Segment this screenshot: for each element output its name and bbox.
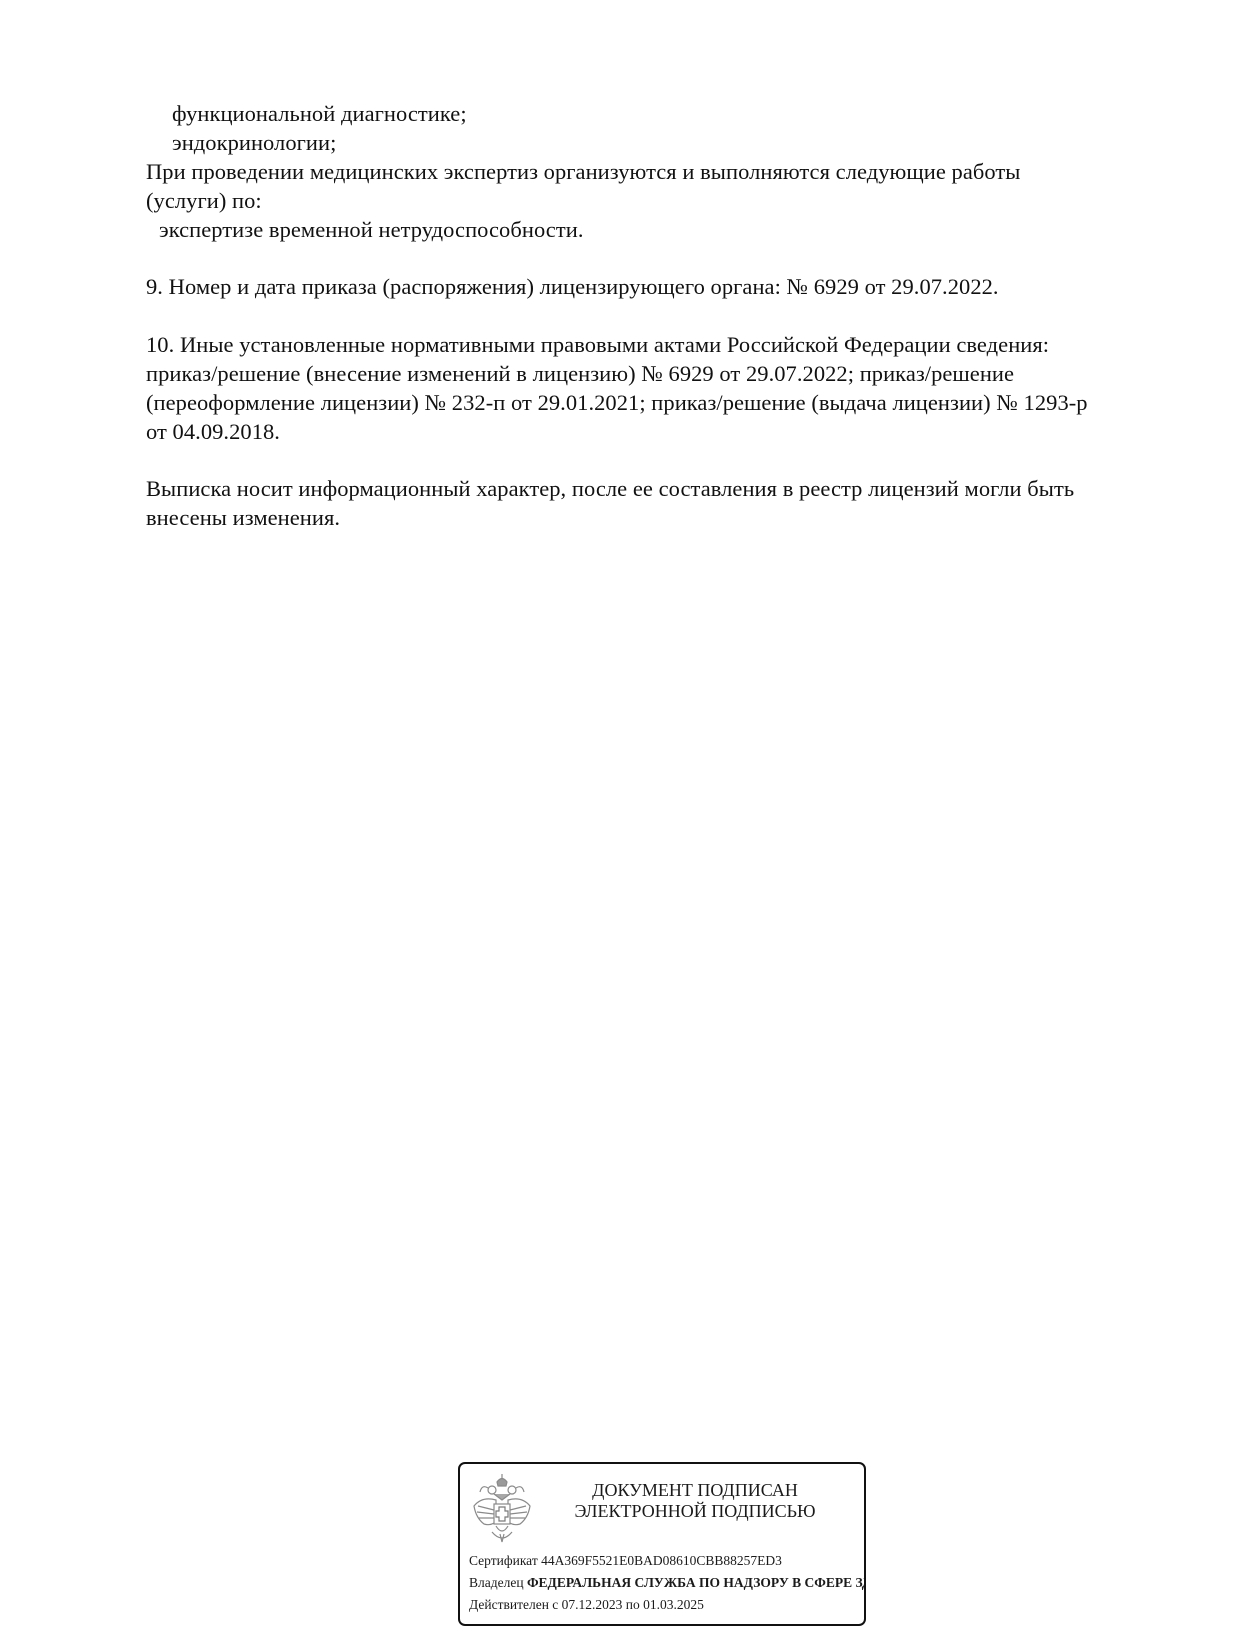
list-item-endocrinology: эндокринологии;: [172, 128, 336, 157]
document-page: функциональной диагностике; эндокринолог…: [0, 0, 1240, 1650]
certificate-row: Сертификат 44A369F5521E0BAD08610CBB88257…: [469, 1550, 866, 1572]
certificate-value: 44A369F5521E0BAD08610CBB88257ED3: [541, 1553, 782, 1568]
stamp-title-line-2: ЭЛЕКТРОННОЙ ПОДПИСЬЮ: [550, 1501, 840, 1522]
item-10-line-2: приказ/решение (внесение изменений в лиц…: [146, 359, 1014, 388]
list-item-functional-diagnostics: функциональной диагностике;: [172, 99, 467, 128]
stamp-title-line-1: ДОКУМЕНТ ПОДПИСАН: [550, 1480, 840, 1501]
validity-row: Действителен с 07.12.2023 по 01.03.2025: [469, 1594, 866, 1616]
stamp-details: Сертификат 44A369F5521E0BAD08610CBB88257…: [469, 1550, 866, 1616]
owner-label: Владелец: [469, 1575, 524, 1590]
owner-value: ФЕДЕРАЛЬНАЯ СЛУЖБА ПО НАДЗОРУ В СФЕРЕ ЗД…: [527, 1575, 866, 1590]
stamp-title: ДОКУМЕНТ ПОДПИСАН ЭЛЕКТРОННОЙ ПОДПИСЬЮ: [550, 1480, 840, 1522]
expertise-intro-line-1: При проведении медицинских экспертиз орг…: [146, 157, 1020, 186]
electronic-signature-stamp: ДОКУМЕНТ ПОДПИСАН ЭЛЕКТРОННОЙ ПОДПИСЬЮ С…: [458, 1462, 866, 1626]
expertise-intro-line-2: (услуги) по:: [146, 186, 262, 215]
item-10-line-4: от 04.09.2018.: [146, 417, 280, 446]
item-9-order-number: 9. Номер и дата приказа (распоряжения) л…: [146, 272, 999, 301]
russian-coat-of-arms-icon: [470, 1472, 534, 1546]
disclaimer-line-2: внесены изменения.: [146, 503, 340, 532]
list-item-temporary-disability: экспертизе временной нетрудоспособности.: [159, 215, 584, 244]
item-10-line-3: (переоформление лицензии) № 232-п от 29.…: [146, 388, 1088, 417]
certificate-label: Сертификат: [469, 1553, 538, 1568]
disclaimer-line-1: Выписка носит информационный характер, п…: [146, 474, 1074, 503]
item-10-line-1: 10. Иные установленные нормативными прав…: [146, 330, 1049, 359]
owner-row: Владелец ФЕДЕРАЛЬНАЯ СЛУЖБА ПО НАДЗОРУ В…: [469, 1572, 866, 1594]
